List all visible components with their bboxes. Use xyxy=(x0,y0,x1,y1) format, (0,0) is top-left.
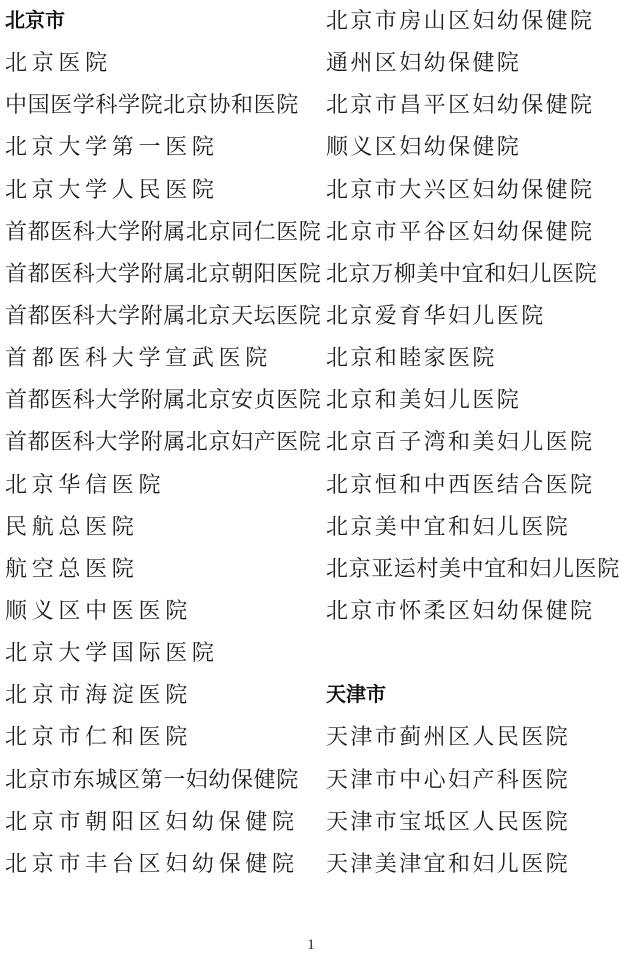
list-item: 天津市蓟州区人民医院 xyxy=(326,724,622,766)
list-item: 天津市中心妇产科医院 xyxy=(326,767,622,809)
list-item: 北京美中宜和妇儿医院 xyxy=(326,514,622,556)
hospital-name: 首都医科大学附属北京安贞医院 xyxy=(5,387,321,413)
hospital-name: 中国医学科学院北京协和医院 xyxy=(5,92,299,118)
list-item: 航空总医院 xyxy=(5,556,313,598)
list-item: 北京市大兴区妇幼保健院 xyxy=(326,177,622,219)
hospital-name: 首都医科大学附属北京同仁医院 xyxy=(5,219,321,245)
list-item: 北京市丰台区妇幼保健院 xyxy=(5,851,313,893)
hospital-name: 北京恒和中西医结合医院 xyxy=(326,472,594,498)
hospital-name: 航空总医院 xyxy=(5,556,139,582)
page-number: 1 xyxy=(0,936,622,954)
list-item: 北京市昌平区妇幼保健院 xyxy=(326,92,622,134)
hospital-name: 北京华信医院 xyxy=(5,472,165,498)
list-item: 北京市海淀医院 xyxy=(5,682,313,724)
hospital-name: 北京大学国际医院 xyxy=(5,640,219,666)
hospital-name: 北京万柳美中宜和妇儿医院 xyxy=(326,261,597,287)
section-title: 天津市 xyxy=(326,682,386,708)
section-header: 天津市 xyxy=(326,682,622,724)
list-item: 北京万柳美中宜和妇儿医院 xyxy=(326,261,622,303)
list-item: 北京市平谷区妇幼保健院 xyxy=(326,219,622,261)
list-item: 北京大学第一医院 xyxy=(5,134,313,176)
hospital-name: 北京市仁和医院 xyxy=(5,724,192,750)
column-right: 北京市房山区妇幼保健院通州区妇幼保健院北京市昌平区妇幼保健院顺义区妇幼保健院北京… xyxy=(326,8,622,893)
hospital-name: 北京亚运村美中宜和妇儿医院 xyxy=(326,556,620,582)
hospital-name: 天津市中心妇产科医院 xyxy=(326,767,570,793)
hospital-name: 北京大学第一医院 xyxy=(5,134,219,160)
list-item: 北京大学国际医院 xyxy=(5,640,313,682)
list-item: 北京市房山区妇幼保健院 xyxy=(326,8,622,50)
list-item: 北京爱育华妇儿医院 xyxy=(326,303,622,345)
section-title: 北京市 xyxy=(5,8,65,34)
hospital-name: 民航总医院 xyxy=(5,514,139,540)
hospital-name: 北京医院 xyxy=(5,50,112,76)
hospital-name: 北京和美妇儿医院 xyxy=(326,387,521,413)
section-header: 北京市 xyxy=(5,8,313,50)
hospital-name: 北京市平谷区妇幼保健院 xyxy=(326,219,594,245)
blank-row xyxy=(326,640,622,682)
list-item: 北京亚运村美中宜和妇儿医院 xyxy=(326,556,622,598)
list-item: 民航总医院 xyxy=(5,514,313,556)
hospital-name: 天津美津宜和妇儿医院 xyxy=(326,851,570,877)
list-item: 顺义区妇幼保健院 xyxy=(326,134,622,176)
list-item: 天津市宝坻区人民医院 xyxy=(326,809,622,851)
hospital-name: 顺义区中医医院 xyxy=(5,598,192,624)
column-left: 北京市北京医院中国医学科学院北京协和医院北京大学第一医院北京大学人民医院首都医科… xyxy=(5,8,313,893)
hospital-name: 首都医科大学附属北京妇产医院 xyxy=(5,429,321,455)
hospital-name: 通州区妇幼保健院 xyxy=(326,50,521,76)
list-item: 北京市仁和医院 xyxy=(5,724,313,766)
list-item: 北京和睦家医院 xyxy=(326,345,622,387)
hospital-name: 首都医科大学宣武医院 xyxy=(5,345,272,371)
list-item: 通州区妇幼保健院 xyxy=(326,50,622,92)
hospital-name: 北京大学人民医院 xyxy=(5,177,219,203)
list-item: 北京市怀柔区妇幼保健院 xyxy=(326,598,622,640)
list-item: 首都医科大学附属北京朝阳医院 xyxy=(5,261,313,303)
list-item: 北京市朝阳区妇幼保健院 xyxy=(5,809,313,851)
hospital-name: 北京市丰台区妇幼保健院 xyxy=(5,851,299,877)
hospital-name: 北京市大兴区妇幼保健院 xyxy=(326,177,594,203)
list-item: 首都医科大学宣武医院 xyxy=(5,345,313,387)
list-item: 北京大学人民医院 xyxy=(5,177,313,219)
list-item: 首都医科大学附属北京妇产医院 xyxy=(5,429,313,471)
hospital-name: 北京百子湾和美妇儿医院 xyxy=(326,429,594,455)
document-page: 北京市北京医院中国医学科学院北京协和医院北京大学第一医院北京大学人民医院首都医科… xyxy=(0,0,622,966)
hospital-name: 首都医科大学附属北京朝阳医院 xyxy=(5,261,321,287)
list-item: 北京百子湾和美妇儿医院 xyxy=(326,429,622,471)
list-item: 中国医学科学院北京协和医院 xyxy=(5,92,313,134)
list-item: 北京和美妇儿医院 xyxy=(326,387,622,429)
list-item: 北京恒和中西医结合医院 xyxy=(326,472,622,514)
list-item: 首都医科大学附属北京同仁医院 xyxy=(5,219,313,261)
hospital-name: 首都医科大学附属北京天坛医院 xyxy=(5,303,321,329)
hospital-name: 顺义区妇幼保健院 xyxy=(326,134,521,160)
hospital-name: 北京市海淀医院 xyxy=(5,682,192,708)
list-item: 北京市东城区第一妇幼保健院 xyxy=(5,767,313,809)
hospital-name: 北京市朝阳区妇幼保健院 xyxy=(5,809,299,835)
list-item: 北京华信医院 xyxy=(5,472,313,514)
hospital-name: 天津市蓟州区人民医院 xyxy=(326,724,570,750)
hospital-name: 天津市宝坻区人民医院 xyxy=(326,809,570,835)
list-item: 北京医院 xyxy=(5,50,313,92)
list-item: 首都医科大学附属北京安贞医院 xyxy=(5,387,313,429)
list-item: 顺义区中医医院 xyxy=(5,598,313,640)
hospital-name: 北京和睦家医院 xyxy=(326,345,497,371)
list-item: 首都医科大学附属北京天坛医院 xyxy=(5,303,313,345)
hospital-name: 北京爱育华妇儿医院 xyxy=(326,303,546,329)
list-item: 天津美津宜和妇儿医院 xyxy=(326,851,622,893)
hospital-name: 北京市东城区第一妇幼保健院 xyxy=(5,767,299,793)
hospital-name: 北京市房山区妇幼保健院 xyxy=(326,8,594,34)
hospital-name: 北京市怀柔区妇幼保健院 xyxy=(326,598,594,624)
hospital-name: 北京美中宜和妇儿医院 xyxy=(326,514,570,540)
hospital-name: 北京市昌平区妇幼保健院 xyxy=(326,92,594,118)
